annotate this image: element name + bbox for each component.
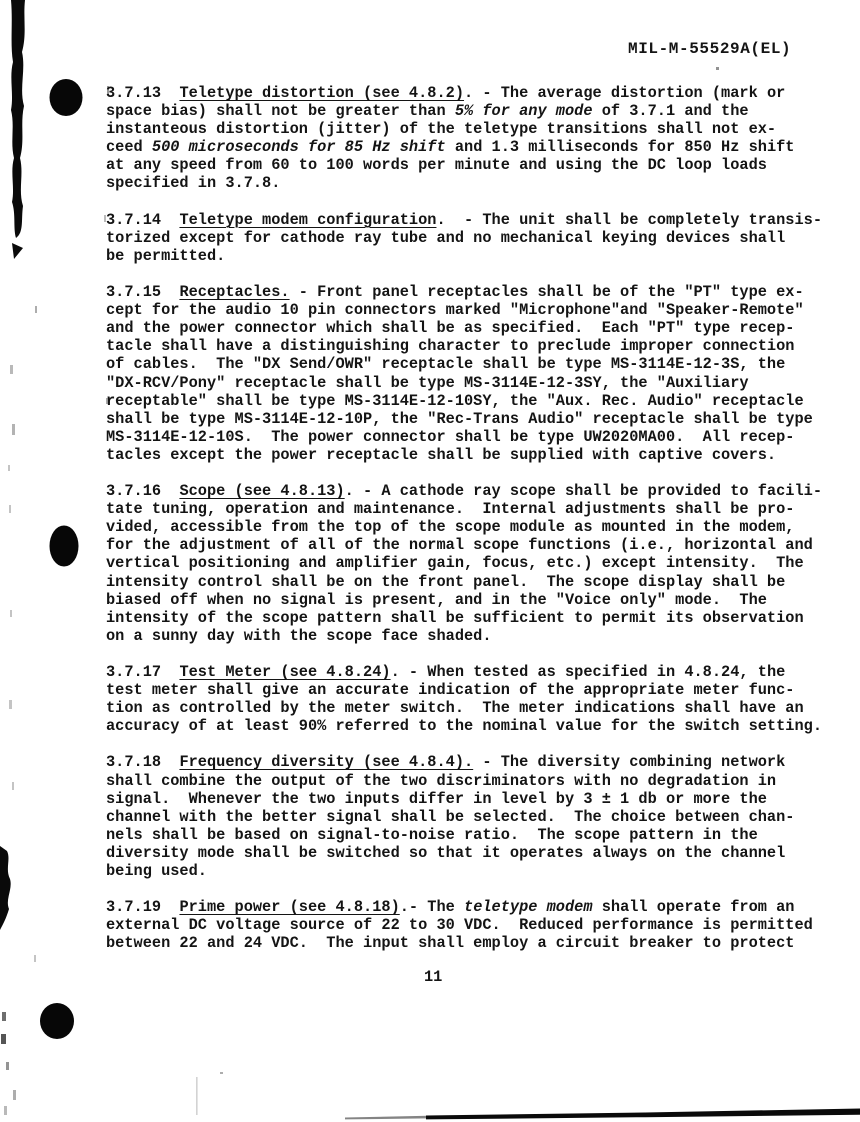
text-line: 3.7.14 Teletype modem configuration. - T… [106, 211, 822, 229]
text-line: vided, accessible from the top of the sc… [106, 518, 822, 536]
document-number-header: MIL-M-55529A(EL) [628, 40, 791, 58]
paragraph-3.7.14: 3.7.14 Teletype modem configuration. - T… [106, 211, 822, 265]
text-line: 3.7.13 Teletype distortion (see 4.8.2). … [106, 84, 822, 102]
text-line: nels shall be based on signal-to-noise r… [106, 826, 822, 844]
text-line: external DC voltage source of 22 to 30 V… [106, 916, 822, 934]
document-body: 3.7.13 Teletype distortion (see 4.8.2). … [106, 84, 822, 953]
paragraph-3.7.17: 3.7.17 Test Meter (see 4.8.24). - When t… [106, 663, 822, 735]
paragraph-3.7.13: 3.7.13 Teletype distortion (see 4.8.2). … [106, 84, 822, 193]
text-line: biased off when no signal is present, an… [106, 591, 822, 609]
paragraph-3.7.16: 3.7.16 Scope (see 4.8.13). - A cathode r… [106, 482, 822, 645]
torn-edge-flag [12, 243, 23, 259]
text-line: vertical positioning and amplifier gain,… [106, 554, 822, 572]
text-line: being used. [106, 862, 822, 880]
text-line: for the adjustment of all of the normal … [106, 536, 822, 554]
text-line: torized except for cathode ray tube and … [106, 229, 822, 247]
text-line: cept for the audio 10 pin connectors mar… [106, 301, 822, 319]
text-line: intensity control shall be on the front … [106, 573, 822, 591]
hole-punch-dot-middle [50, 526, 79, 567]
bottom-scan-line-gray [345, 1116, 428, 1120]
text-line: diversity mode shall be switched so that… [106, 844, 822, 862]
text-line: "DX-RCV/Pony" receptacle shall be type M… [106, 374, 822, 392]
text-line: tacle shall have a distinguishing charac… [106, 337, 822, 355]
text-line: between 22 and 24 VDC. The input shall e… [106, 934, 822, 952]
paragraph-3.7.18: 3.7.18 Frequency diversity (see 4.8.4). … [106, 753, 822, 880]
paragraph-3.7.19: 3.7.19 Prime power (see 4.8.18).- The te… [106, 898, 822, 952]
text-line: of cables. The "DX Send/OWR" receptacle … [106, 355, 822, 373]
text-line: space bias) shall not be greater than 5%… [106, 102, 822, 120]
text-line: channel with the better signal shall be … [106, 808, 822, 826]
text-line: shall be type MS-3114E-12-10P, the "Rec-… [106, 410, 822, 428]
torn-edge-top-left [11, 0, 25, 238]
text-line: instanteous distortion (jitter) of the t… [106, 120, 822, 138]
text-line: be permitted. [106, 247, 822, 265]
text-line: on a sunny day with the scope face shade… [106, 627, 822, 645]
torn-edge-mid-left [0, 846, 11, 930]
text-line: test meter shall give an accurate indica… [106, 681, 822, 699]
text-line: tate tuning, operation and maintenance. … [106, 500, 822, 518]
text-line: tion as controlled by the meter switch. … [106, 699, 822, 717]
text-line: receptable" shall be type MS-3114E-12-10… [106, 392, 822, 410]
text-line: accuracy of at least 90% referred to the… [106, 717, 822, 735]
text-line: shall combine the output of the two disc… [106, 772, 822, 790]
text-line: signal. Whenever the two inputs differ i… [106, 790, 822, 808]
scanned-document-page: MIL-M-55529A(EL) 3.7.13 Teletype distort… [0, 0, 860, 1122]
text-line: 3.7.17 Test Meter (see 4.8.24). - When t… [106, 663, 822, 681]
text-line: tacles except the power receptacle shall… [106, 446, 822, 464]
text-line: 3.7.18 Frequency diversity (see 4.8.4). … [106, 753, 822, 771]
page-number: 11 [424, 968, 442, 986]
text-line: 3.7.15 Receptacles. - Front panel recept… [106, 283, 822, 301]
text-line: 3.7.16 Scope (see 4.8.13). - A cathode r… [106, 482, 822, 500]
text-line: specified in 3.7.8. [106, 174, 822, 192]
text-line: at any speed from 60 to 100 words per mi… [106, 156, 822, 174]
bottom-scan-line-black [426, 1109, 860, 1120]
text-line: intensity of the scope pattern shall be … [106, 609, 822, 627]
paragraph-3.7.15: 3.7.15 Receptacles. - Front panel recept… [106, 283, 822, 464]
text-line: MS-3114E-12-10S. The power connector sha… [106, 428, 822, 446]
text-line: 3.7.19 Prime power (see 4.8.18).- The te… [106, 898, 822, 916]
text-line: and the power connector which shall be a… [106, 319, 822, 337]
text-line: ceed 500 microseconds for 85 Hz shift an… [106, 138, 822, 156]
hole-punch-dot-bottom [40, 1003, 74, 1039]
hole-punch-dot-top [50, 79, 83, 116]
